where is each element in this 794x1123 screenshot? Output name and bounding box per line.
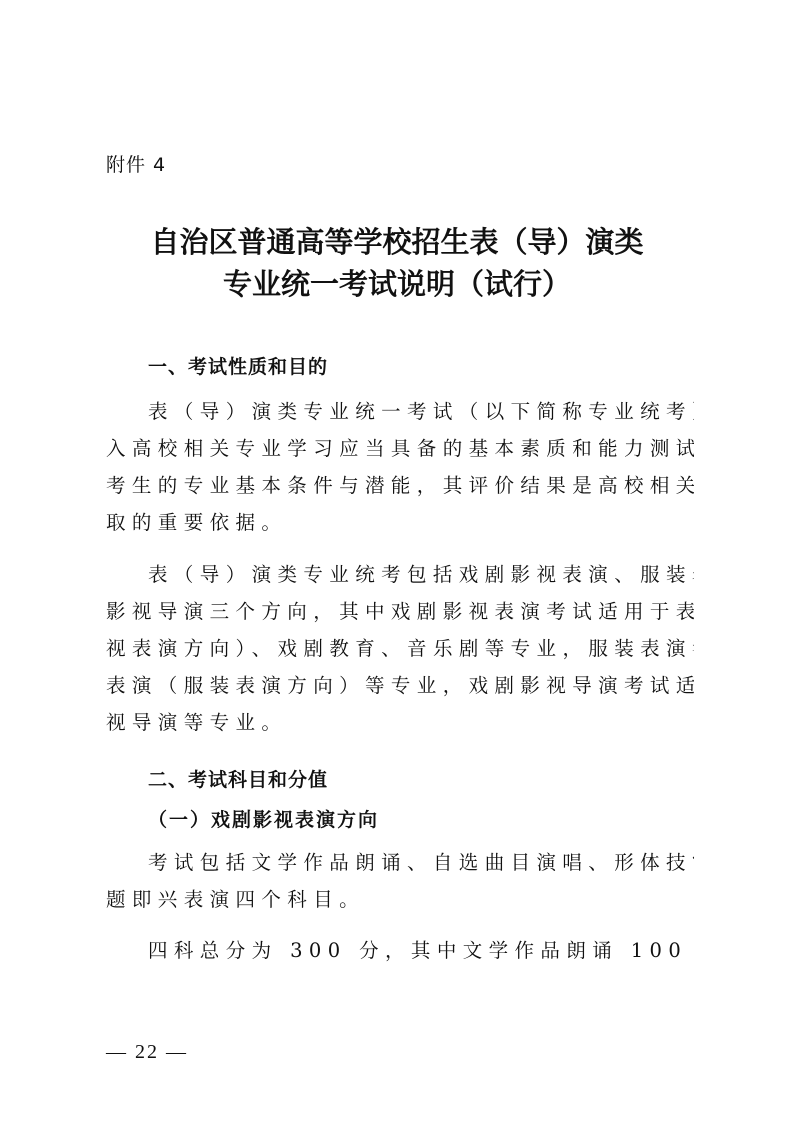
page-number: — 22 — xyxy=(106,1041,188,1064)
document-title-line-2: 专业统一考试说明（试行） xyxy=(0,264,794,304)
subsection-heading: （一）戏剧影视表演方向 xyxy=(148,805,379,832)
paragraph-line: 表（导）演类专业统考包括戏剧影视表演、服装表演、戏剧 xyxy=(148,559,694,587)
section-heading-2: 二、考试科目和分值 xyxy=(148,765,328,792)
document-title-line-1: 自治区普通高等学校招生表（导）演类 xyxy=(0,222,794,262)
paragraph-line: 表演（服装表演方向）等专业，戏剧影视导演考试适用于戏剧影 xyxy=(106,670,694,698)
paragraph-line: 视导演等专业。 xyxy=(106,707,694,735)
section-heading-1: 一、考试性质和目的 xyxy=(148,352,328,379)
paragraph-line: 四科总分为 300 分，其中文学作品朗诵 100 分、自选曲目演 xyxy=(148,935,694,963)
paragraph-line: 题即兴表演四个科目。 xyxy=(106,884,694,912)
document-page: 附件 4 自治区普通高等学校招生表（导）演类 专业统一考试说明（试行） 一、考试… xyxy=(0,0,794,1123)
paragraph-line: 考试包括文学作品朗诵、自选曲目演唱、形体技能展现、命 xyxy=(148,847,694,875)
paragraph-line: 影视导演三个方向，其中戏剧影视表演考试适用于表演（戏剧影 xyxy=(106,596,694,624)
paragraph-line: 表（导）演类专业统一考试（以下简称专业统考）是考生进 xyxy=(148,396,694,424)
paragraph-line: 视表演方向）、戏剧教育、音乐剧等专业，服装表演考试适用于 xyxy=(106,633,694,661)
paragraph-line: 入高校相关专业学习应当具备的基本素质和能力测试，旨在考查 xyxy=(106,433,694,461)
paragraph-line: 考生的专业基本条件与潜能，其评价结果是高校相关专业招生录 xyxy=(106,470,694,498)
attachment-label: 附件 4 xyxy=(106,150,166,177)
paragraph-line: 取的重要依据。 xyxy=(106,507,694,535)
